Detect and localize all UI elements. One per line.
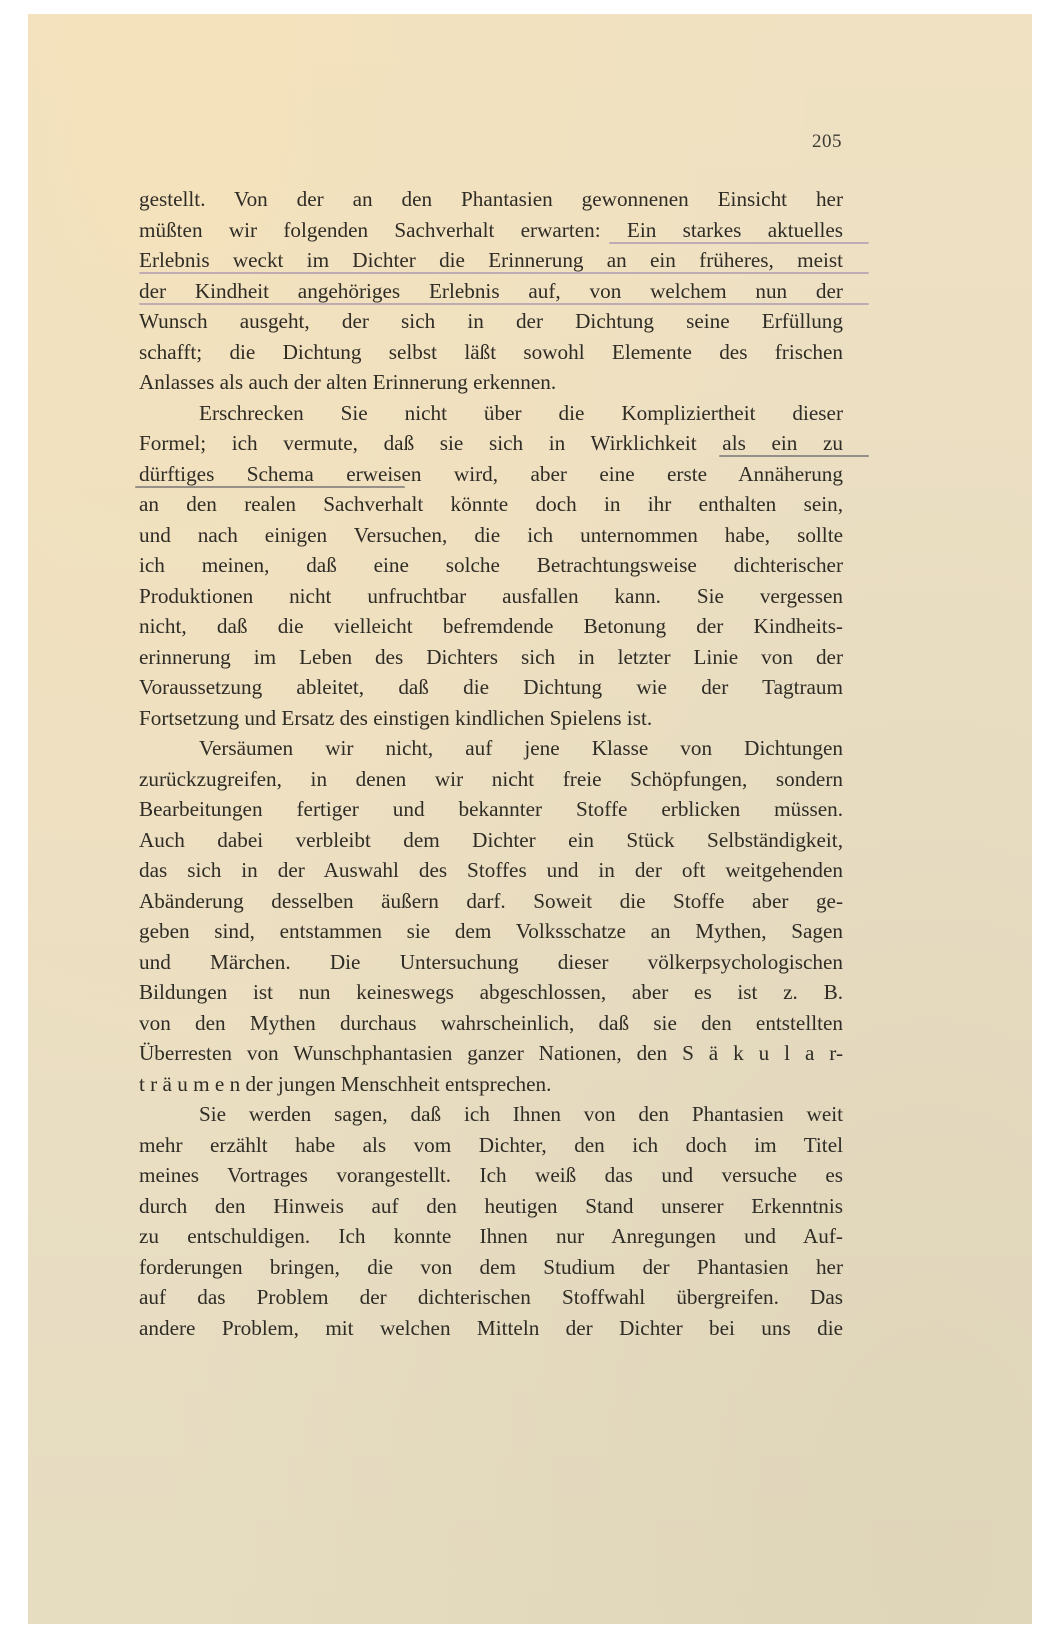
text-line: dürftiges Schema erweisen wird, aber ein… [139,459,843,490]
text-line: zurückzugreifen, in denen wir nicht frei… [139,764,843,795]
text-line: Abänderung desselben äußern darf. Soweit… [139,886,843,917]
pencil-underline [719,455,869,457]
text-line: meines Vortrages vorangestellt. Ich weiß… [139,1160,843,1191]
text-line: das sich in der Auswahl des Stoffes und … [139,855,843,886]
text-line: zu entschuldigen. Ich konnte Ihnen nur A… [139,1221,843,1252]
text-line: Wunsch ausgeht, der sich in der Dichtung… [139,306,843,337]
text-line: mehr erzählt habe als vom Dichter, den i… [139,1130,843,1161]
paragraph-first-line: Erschrecken Sie nicht über die Komplizie… [139,398,843,429]
text-line: auf das Problem der dichterischen Stoffw… [139,1282,843,1313]
text-line: Bildungen ist nun keineswegs abgeschloss… [139,977,843,1008]
text-line: von den Mythen durchaus wahrscheinlich, … [139,1008,843,1039]
text-line: der Kindheit angehöriges Erlebnis auf, v… [139,276,843,307]
text-line: erinnerung im Leben des Dichters sich in… [139,642,843,673]
pencil-underline [139,272,869,274]
text-line: ich meinen, daß eine solche Betrachtungs… [139,550,843,581]
text-line: Produktionen nicht unfruchtbar ausfallen… [139,581,843,612]
text-line: Auch dabei verbleibt dem Dichter ein Stü… [139,825,843,856]
text-line: an den realen Sachverhalt könnte doch in… [139,489,843,520]
paragraph-first-line: Versäumen wir nicht, auf jene Klasse von… [139,733,843,764]
book-page: 205 gestellt. Von der an den Phantasien … [28,14,1032,1624]
pencil-underline [139,303,869,305]
text-line: andere Problem, mit welchen Mitteln der … [139,1313,843,1344]
text-line: müßten wir folgenden Sachverhalt erwarte… [139,215,843,246]
paragraph-first-line: Sie werden sagen, daß ich Ihnen von den … [139,1099,843,1130]
body-text: gestellt. Von der an den Phantasien gewo… [139,184,843,1343]
text-line: Fortsetzung und Ersatz des einstigen kin… [139,703,843,734]
text-line: Voraussetzung ableitet, daß die Dichtung… [139,672,843,703]
text-line: t r ä u m e n der jungen Menschheit ents… [139,1069,843,1100]
text-line: Überresten von Wunschphantasien ganzer N… [139,1038,843,1069]
text-line: gestellt. Von der an den Phantasien gewo… [139,184,843,215]
text-line: schafft; die Dichtung selbst läßt sowohl… [139,337,843,368]
text-line: Erlebnis weckt im Dichter die Erinnerung… [139,245,843,276]
text-line: forderungen bringen, die von dem Studium… [139,1252,843,1283]
text-line: Bearbeitungen fertiger und bekannter Sto… [139,794,843,825]
text-line: Formel; ich vermute, daß sie sich in Wir… [139,428,843,459]
text-line: und nach einigen Versuchen, die ich unte… [139,520,843,551]
text-line: durch den Hinweis auf den heutigen Stand… [139,1191,843,1222]
text-line: geben sind, entstammen sie dem Volksscha… [139,916,843,947]
text-line: und Märchen. Die Untersuchung dieser völ… [139,947,843,978]
page-number: 205 [812,131,842,153]
pencil-underline [135,486,405,488]
pencil-underline [609,242,869,244]
text-line: Anlasses als auch der alten Erinnerung e… [139,367,843,398]
text-line: nicht, daß die vielleicht befremdende Be… [139,611,843,642]
